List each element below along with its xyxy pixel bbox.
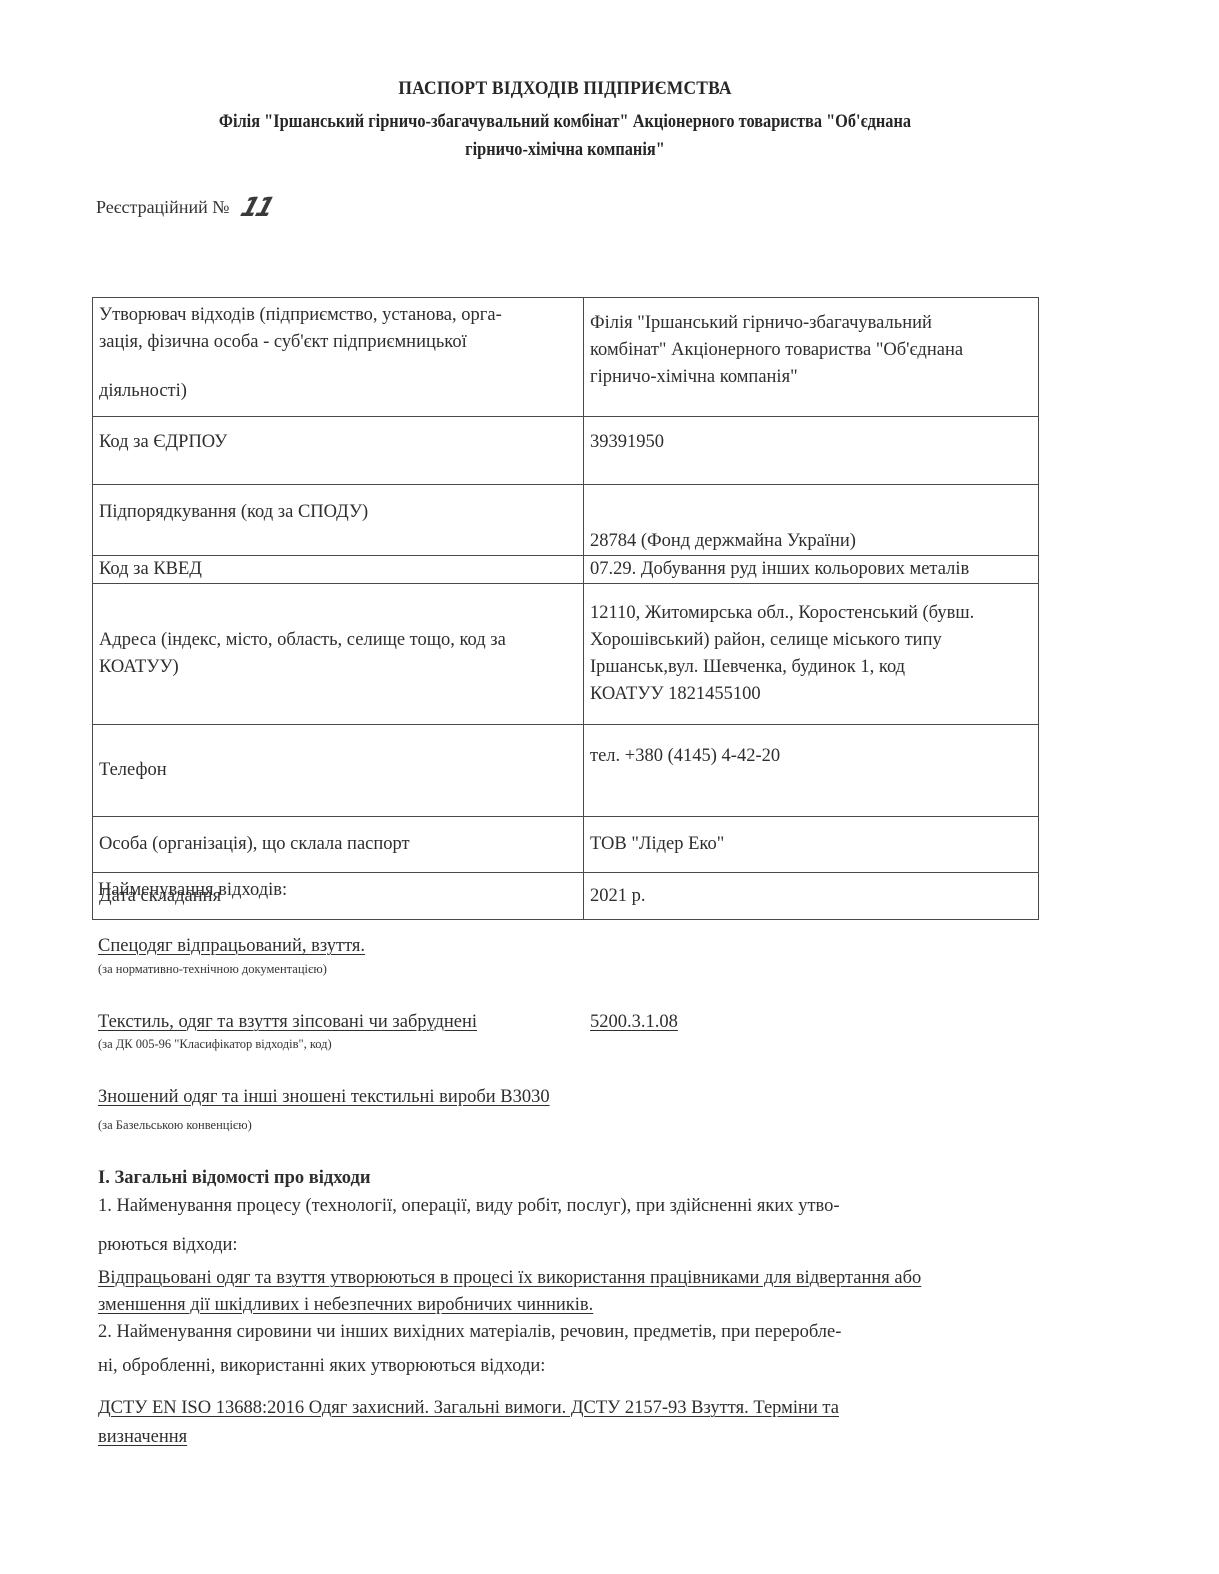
document-subtitle: Філія "Іршанський гірничо-збагачувальний… [79,108,1051,164]
waste-names-heading: Найменування відходів: [98,880,287,901]
value-line: 12110, Житомирська обл., Коростенський (… [590,600,1032,627]
section-1-item-1-line-1: 1. Найменування процесу (технології, опе… [98,1196,840,1217]
passport-info-table: Утворювач відходів (підприємство, устано… [92,297,1039,920]
value-line: Іршанськ,вул. Шевченка, будинок 1, код [590,654,1032,681]
table-label-cell: Код за ЄДРПОУ [93,417,584,485]
table-row: Код за КВЕД 07.29. Добування руд інших к… [93,556,1039,584]
table-value-cell: ТОВ "Лідер Еко" [584,817,1039,873]
table-label-cell: Підпорядкування (код за СПОДУ) [93,485,584,556]
value-line: комбінат" Акціонерного товариства "Об'єд… [590,337,1032,364]
table-row: Утворювач відходів (підприємство, устано… [93,298,1039,417]
table-row: Підпорядкування (код за СПОДУ) 28784 (Фо… [93,485,1039,556]
waste-name-normative: Спецодяг відпрацьований, взуття. [98,936,365,957]
section-1-item-2-line-2: ні, обробленні, використанні яких утворю… [98,1356,545,1377]
value-line: Філія "Іршанський гірничо-збагачувальний [590,310,1032,337]
table-label-cell: Телефон [93,725,584,817]
table-value-cell: тел. +380 (4145) 4-42-20 [584,725,1039,817]
table-row: Телефон тел. +380 (4145) 4-42-20 [93,725,1039,817]
value-line: Хорошівський) район, селище міського тип… [590,627,1032,654]
waste-name-basel: Зношений одяг та інші зношені текстильні… [98,1087,550,1108]
label-line: Адреса (індекс, місто, область, селище т… [99,627,577,654]
label-line: Утворювач відходів (підприємство, устано… [99,302,577,329]
section-1-item-1-answer-line-2: зменшення дії шкідливих і небезпечних ви… [98,1295,593,1316]
section-1-item-2-answer-line-1: ДСТУ EN ISO 13688:2016 Одяг захисний. За… [98,1398,839,1419]
table-row: Адреса (індекс, місто, область, селище т… [93,584,1039,725]
section-1-item-2-line-1: 2. Найменування сировини чи інших вихідн… [98,1322,841,1343]
registration-label: Реєстраційний № [96,197,229,217]
value-line: КОАТУУ 1821455100 [590,681,1032,708]
section-1-item-1-line-2: рюються відходи: [98,1235,238,1256]
waste-name-normative-note: (за нормативно-технічною документацією) [98,962,327,977]
document-title: ПАСПОРТ ВІДХОДІВ ПІДПРИЄМСТВА [45,78,1085,100]
table-label-cell: Особа (організація), що склала паспорт [93,817,584,873]
section-1-heading: I. Загальні відомості про відходи [98,1168,371,1189]
table-value-cell: 28784 (Фонд держмайна України) [584,485,1039,556]
subtitle-line-2: гірничо-хімічна компанія" [79,136,1051,164]
label-line: зація, фізична особа - суб'єкт підприємн… [99,329,577,356]
table-row: Код за ЄДРПОУ 39391950 [93,417,1039,485]
table-row: Особа (організація), що склала паспорт Т… [93,817,1039,873]
table-value-cell: Філія "Іршанський гірничо-збагачувальний… [584,298,1039,417]
table-label-cell: Адреса (індекс, місто, область, селище т… [93,584,584,725]
value-line: гірничо-хімічна компанія" [590,364,1032,391]
waste-name-dk-note: (за ДК 005-96 "Класифікатор відходів", к… [98,1037,332,1052]
table-value-cell: 12110, Житомирська обл., Коростенський (… [584,584,1039,725]
waste-code-dk: 5200.3.1.08 [590,1012,678,1033]
section-1-item-1-answer-line-1: Відпрацьовані одяг та взуття утворюються… [98,1268,921,1289]
label-line: КОАТУУ) [99,654,577,681]
table-label-cell: Утворювач відходів (підприємство, устано… [93,298,584,417]
registration-number-handwritten: 11 [237,192,276,223]
waste-name-dk: Текстиль, одяг та взуття зіпсовані чи за… [98,1012,477,1033]
label-line: діяльності) [99,378,577,405]
table-label-cell: Код за КВЕД [93,556,584,584]
section-1-item-2-answer-line-2: визначення [98,1427,187,1448]
waste-name-basel-note: (за Базельською конвенцією) [98,1118,252,1133]
table-value-cell: 07.29. Добування руд інших кольорових ме… [584,556,1039,584]
registration-number: Реєстраційний № 11 [96,193,271,221]
table-value-cell: 2021 р. [584,873,1039,920]
table-value-cell: 39391950 [584,417,1039,485]
subtitle-line-1: Філія "Іршанський гірничо-збагачувальний… [79,108,1051,136]
